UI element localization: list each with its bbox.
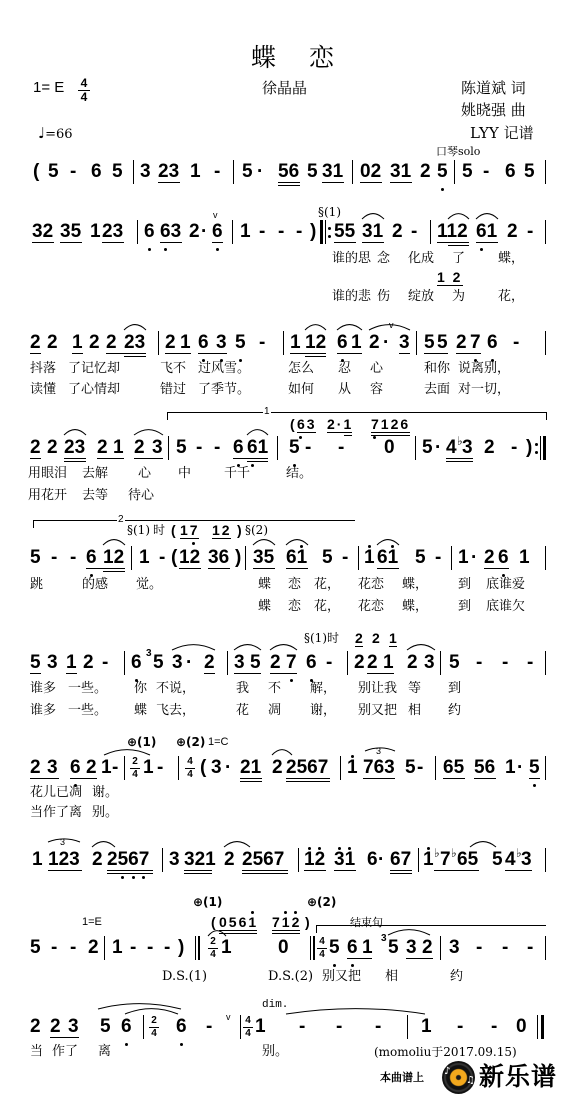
dash-extension: - <box>527 652 533 674</box>
lyric-syllables: 一些。 <box>68 703 107 719</box>
beam-underline <box>106 353 146 354</box>
beam-underline <box>371 435 410 436</box>
parenthesis: ( <box>33 161 39 183</box>
dash-extension: - <box>375 1016 381 1038</box>
beam-underline <box>446 458 473 459</box>
octave-dot-above <box>368 545 371 548</box>
breath-mark: v <box>389 320 394 330</box>
lyric-syllables: 别。 <box>92 805 118 821</box>
slur-arc <box>337 323 362 332</box>
beam-underline <box>204 673 215 674</box>
note: 1 <box>347 757 358 779</box>
beam-underline <box>107 873 153 874</box>
beam-underline <box>219 930 257 931</box>
lyric-syllables: 花恋 <box>358 577 384 593</box>
note: 1 <box>383 652 394 674</box>
bar-line <box>545 331 546 355</box>
composer-credit: 姚晓强 曲 <box>461 101 526 119</box>
note: 12 <box>305 332 326 354</box>
dash-extension: - <box>502 937 508 959</box>
note: 23 <box>102 221 123 243</box>
flat-sign: ♭ <box>451 846 457 860</box>
note: 5 <box>176 437 187 459</box>
bar-line <box>298 848 299 872</box>
time-signature-bottom: 4 <box>317 950 327 960</box>
note: 1 <box>255 1016 266 1038</box>
note: 6 <box>233 437 244 459</box>
time-signature-bottom: 4 <box>185 770 195 780</box>
note: 32 <box>32 221 53 243</box>
lyric-syllables: 凋 <box>268 703 281 719</box>
lyric-syllables: 花儿已凋 <box>30 785 82 801</box>
octave-dot-below <box>441 188 444 191</box>
bar-line <box>418 848 419 872</box>
bar-line <box>451 546 452 570</box>
note: 3 <box>47 757 58 779</box>
double-bar-line <box>313 936 315 960</box>
time-signature: 44 <box>185 757 195 780</box>
lyric-syllables: 中 <box>178 466 191 482</box>
beam-underline <box>97 458 124 459</box>
octave-dot-below <box>299 436 302 439</box>
lyric-syllables: 蝶， <box>498 251 524 267</box>
time-signature: 24 <box>208 937 218 960</box>
octave-dot-above <box>308 847 311 850</box>
note: 6 <box>306 652 317 674</box>
note: 5 <box>388 937 399 959</box>
repeat-end-bar <box>540 436 541 460</box>
lyric-syllables: 飞不 <box>160 361 186 377</box>
beam-underline <box>297 432 316 433</box>
lyric-syllables: 花， <box>314 599 340 615</box>
lyric-syllables: 用花开 <box>28 488 67 504</box>
lyric-syllables: 跳 <box>30 577 43 593</box>
small-note: 1 <box>389 630 399 646</box>
lyric-syllables: 蝶 <box>134 703 147 719</box>
dash-extension: - <box>296 221 302 243</box>
note: 6 <box>367 849 378 871</box>
note: 1 <box>190 161 201 183</box>
slur-arc <box>362 212 384 221</box>
beam-underline <box>64 461 86 462</box>
bar-line <box>162 848 163 872</box>
bar-line <box>133 160 134 184</box>
final-bar-line <box>537 1015 538 1039</box>
note: 5 <box>307 161 318 183</box>
octave-dot-above <box>284 911 287 914</box>
note: 2 <box>189 221 200 243</box>
lyric-syllables: 花恋 <box>358 599 384 615</box>
beam-underline <box>424 353 448 354</box>
lyric-syllables: 恋 <box>288 577 301 593</box>
dash-extension: - <box>476 652 482 674</box>
note: 31 <box>390 161 411 183</box>
lyric-syllables: 蝶 <box>258 577 271 593</box>
coda-mark: ⊕(2) <box>307 895 336 909</box>
note: 5 <box>30 937 41 959</box>
octave-dot-below <box>310 679 313 682</box>
note: 2 <box>422 937 433 959</box>
bar-line <box>143 1015 144 1039</box>
note: 6 <box>487 332 498 354</box>
lyric-syllables: D.S.(2) <box>268 969 313 985</box>
note: 1 <box>458 547 469 569</box>
note: 2567 <box>286 757 328 779</box>
beam-underline <box>66 673 77 674</box>
beam-underline <box>134 458 163 459</box>
beam-underline <box>234 673 261 674</box>
time-signature-top: 4 <box>81 76 88 90</box>
dash-extension: - <box>435 547 441 569</box>
note: 63 <box>160 221 181 243</box>
dash-extension: - <box>336 1016 342 1038</box>
parenthesis: ) <box>178 937 184 959</box>
time-signature: 24 <box>149 1016 159 1039</box>
lyric-syllables: 作了 <box>52 1044 78 1060</box>
lyric-syllables: 谁多 <box>30 703 56 719</box>
lyric-syllables: 约 <box>450 969 463 985</box>
augmentation-dot: · <box>201 221 207 243</box>
beam-underline <box>158 182 180 183</box>
lyric-syllables: 到 <box>448 681 461 697</box>
sheet-music-page: 蝶 恋 1= E 4 4 徐晶晶 陈道斌 词 姚晓强 曲 ♩=66 LYY 记谱… <box>0 0 572 1097</box>
lyric-syllables: 抖落 <box>30 361 56 377</box>
note: 2 <box>97 437 108 459</box>
octave-dot-below <box>148 248 151 251</box>
note: 7 <box>440 849 451 871</box>
note: 2 <box>204 652 215 674</box>
lyric-syllables: 化成 <box>408 251 434 267</box>
octave-dot-below <box>502 574 505 577</box>
dynamic-marking: dim. <box>262 998 288 1012</box>
note: 2 <box>89 332 100 354</box>
lyric-syllables: 心 <box>370 361 383 377</box>
note: 2 <box>47 437 58 459</box>
lyric-syllables: 错过 <box>160 382 186 398</box>
dash-extension: - <box>157 757 163 779</box>
note: 123 <box>48 849 80 871</box>
note: 2 <box>484 547 495 569</box>
beam-underline <box>198 353 227 354</box>
note: 2 <box>30 757 41 779</box>
time-signature-bottom: 4 <box>130 770 140 780</box>
segno-mark: §(1) <box>318 205 341 219</box>
dash-extension: - <box>527 937 533 959</box>
dash-extension: - <box>214 437 220 459</box>
beam-underline <box>242 870 288 871</box>
dash-extension: - <box>164 937 170 959</box>
time-signature-bottom: 4 <box>208 950 218 960</box>
volta-number: 2 <box>117 514 125 526</box>
note: 65 <box>457 849 478 871</box>
note: 321 <box>184 849 216 871</box>
beam-underline <box>437 242 469 243</box>
breath-mark: v <box>213 210 218 220</box>
note: 6 <box>86 547 97 569</box>
bar-line <box>416 331 417 355</box>
note: 5 <box>329 937 340 959</box>
small-note: 2 <box>355 630 365 646</box>
octave-dot-above <box>348 847 351 850</box>
small-note: 2·1 <box>327 416 353 432</box>
dash-extension: - <box>102 652 108 674</box>
note: 3 <box>521 849 532 871</box>
lyric-syllables: 蝶， <box>402 577 428 593</box>
note: 1 <box>505 757 516 779</box>
note: 61 <box>247 437 268 459</box>
note: 0 <box>384 437 395 459</box>
lyric-syllables: 和你 <box>424 361 450 377</box>
beam-underline <box>272 933 300 934</box>
bar-line <box>545 651 546 675</box>
octave-dot-below <box>341 359 344 362</box>
note: 0 <box>516 1016 527 1038</box>
note: 31 <box>334 849 355 871</box>
bar-line <box>245 546 246 570</box>
beam-underline <box>32 242 54 243</box>
beam-underline <box>443 778 465 779</box>
beam-underline <box>360 182 382 183</box>
note: 1 <box>101 757 112 779</box>
note: 2 <box>354 652 365 674</box>
dash-extension: - <box>112 757 118 779</box>
note: 1 <box>143 757 154 779</box>
note: 6 <box>91 161 102 183</box>
bar-line <box>168 436 169 460</box>
double-bar-line <box>198 936 200 960</box>
note: 23 <box>158 161 179 183</box>
note: 2 <box>88 937 99 959</box>
bar-line <box>430 220 431 244</box>
small-note: 0561 <box>219 914 258 930</box>
bar-line <box>277 436 278 460</box>
note: 31 <box>362 221 383 243</box>
beam-underline <box>305 356 326 357</box>
note: 5 <box>437 161 448 183</box>
lyric-syllables: 伤 <box>377 289 390 305</box>
beam-underline <box>240 781 262 782</box>
augmentation-dot: · <box>378 849 384 871</box>
note: 1 <box>240 221 251 243</box>
beam-underline <box>50 1037 79 1038</box>
note: 5 <box>289 437 300 459</box>
beam-underline <box>474 778 496 779</box>
dash-extension: - <box>278 221 284 243</box>
note: 5 <box>322 547 333 569</box>
lyric-syllables: 底谁欠 <box>486 599 525 615</box>
coda-mark: ⊕(1) <box>193 895 222 909</box>
slur-arc <box>286 538 308 547</box>
lyric-syllables: 谁多 <box>30 681 56 697</box>
octave-dot-below <box>491 359 494 362</box>
lyric-syllables: 谢。 <box>92 785 118 801</box>
note: 763 <box>363 757 395 779</box>
augmentation-dot: · <box>225 757 231 779</box>
dash-extension: - <box>299 1016 305 1038</box>
note: 1 <box>113 437 124 459</box>
note: 0 <box>278 937 289 959</box>
octave-dot-below <box>121 876 124 879</box>
parenthesis: ( <box>171 547 177 569</box>
final-bar-line <box>541 1015 544 1039</box>
bar-line <box>358 546 359 570</box>
dash-extension: - <box>457 1016 463 1038</box>
note: 2 <box>92 849 103 871</box>
note: 2567 <box>107 849 149 871</box>
note: 6 <box>505 161 516 183</box>
bar-line <box>352 160 353 184</box>
key-change: 1=C <box>208 735 229 749</box>
dash-extension: - <box>70 547 76 569</box>
note: 4 <box>505 849 516 871</box>
small-note: 712 <box>272 914 301 930</box>
time-signature-bottom: 4 <box>149 1029 159 1039</box>
dash-extension: - <box>70 161 76 183</box>
ending-phrase-bracket: 结束句 <box>316 925 546 933</box>
bar-line <box>124 756 125 780</box>
lyric-syllables: 花 <box>236 703 249 719</box>
note: 6 <box>70 757 81 779</box>
lyric-syllables: 约 <box>448 703 461 719</box>
beam-underline <box>212 242 223 243</box>
beam-underline <box>406 958 433 959</box>
note: 5 <box>48 161 59 183</box>
note: 31 <box>322 161 343 183</box>
time-signature-top: 4 <box>317 937 327 947</box>
note: 5 <box>437 332 448 354</box>
note: 5 <box>422 437 433 459</box>
note: 3 <box>140 161 151 183</box>
octave-dot-above <box>351 755 354 758</box>
lyric-syllables: 结。 <box>286 466 312 482</box>
octave-dot-below <box>293 464 296 467</box>
note: 3 <box>68 1016 79 1038</box>
note: 3 <box>216 332 227 354</box>
beam-underline <box>367 673 394 674</box>
lyric-syllables: 别。 <box>262 1044 288 1060</box>
octave-dot-above <box>318 847 321 850</box>
lyric-syllables: 谢， <box>310 703 336 719</box>
bar-line <box>158 331 159 355</box>
beam-underline <box>253 568 275 569</box>
time-signature-bottom: 4 <box>243 1029 253 1039</box>
lyric-syllables: 忍 <box>338 361 351 377</box>
site-logo-name: 新乐谱 <box>479 1062 557 1092</box>
small-note: 17 <box>180 522 200 538</box>
logo-prefix: 本曲谱上 <box>380 1071 424 1085</box>
note: 3 <box>172 652 183 674</box>
note: 1 <box>362 937 373 959</box>
bar-line <box>347 651 348 675</box>
segno-mark: §(1) <box>127 523 150 537</box>
dash-extension: - <box>51 547 57 569</box>
slur-arc <box>134 428 163 437</box>
note: 2 <box>420 161 431 183</box>
note: 2567 <box>242 849 284 871</box>
note: 23 <box>64 437 85 459</box>
repeat-dot <box>328 235 331 238</box>
note: 61 <box>476 221 497 243</box>
octave-dot-below <box>351 964 354 967</box>
note: 1 <box>364 547 375 569</box>
repeat-dot <box>535 443 538 446</box>
octave-dot-above <box>427 847 430 850</box>
beam-underline <box>286 568 308 569</box>
bar-line <box>233 160 234 184</box>
dash-extension: - <box>305 437 311 459</box>
bar-line <box>283 331 284 355</box>
note: 1 <box>290 332 301 354</box>
note: 1 <box>32 849 43 871</box>
note: 55 <box>334 221 355 243</box>
lyric-syllables: 的感 <box>82 577 108 593</box>
dash-extension: - <box>513 332 519 354</box>
dash-extension: - <box>511 437 517 459</box>
note: 5 <box>235 332 246 354</box>
small-note: 7126 <box>371 416 410 432</box>
parenthesis: ( <box>200 757 206 779</box>
note: 3 <box>211 757 222 779</box>
beam-underline <box>484 568 509 569</box>
note: 1 <box>351 332 362 354</box>
beam-underline <box>355 646 363 647</box>
beam-underline <box>212 538 231 539</box>
note: 2 <box>507 221 518 243</box>
note: 1 <box>90 221 101 243</box>
bar-line <box>415 436 416 460</box>
note: 6 <box>198 332 209 354</box>
lyric-syllables: 我 <box>236 681 249 697</box>
note: 5 <box>405 757 416 779</box>
lyric-syllables: 不 <box>268 681 281 697</box>
ending-phrase-label: 结束句 <box>350 916 383 930</box>
note: 5 <box>112 161 123 183</box>
beam-underline <box>64 458 86 459</box>
bar-line <box>454 160 455 184</box>
note: 5 <box>30 652 41 674</box>
dash-extension: - <box>51 937 57 959</box>
octave-dot-below <box>533 784 536 787</box>
note: 7 <box>286 652 297 674</box>
note: 35 <box>253 547 274 569</box>
bar-line <box>240 1015 241 1039</box>
tempo-marking: ♩=66 <box>38 124 73 144</box>
octave-dot-above <box>294 911 297 914</box>
bar-line <box>440 936 441 960</box>
performance-note: 口琴solo <box>436 145 480 159</box>
note: 2 <box>369 332 380 354</box>
bar-line <box>545 220 546 244</box>
beam-underline <box>290 353 326 354</box>
double-bar-line <box>310 936 311 960</box>
augmentation-dot: · <box>471 547 477 569</box>
beam-underline <box>362 242 384 243</box>
note: 61 <box>377 547 398 569</box>
lyric-syllables: 别又把 <box>358 703 397 719</box>
time-signature-top: 2 <box>130 757 140 767</box>
lyric-syllables: 到 <box>458 577 471 593</box>
note: 3 <box>406 937 417 959</box>
lyric-syllables: 飞去， <box>156 703 195 719</box>
slur-arc <box>286 1007 425 1016</box>
bar-line <box>407 1015 408 1039</box>
note: 12 <box>103 547 124 569</box>
lyric-syllables: 待心 <box>128 488 154 504</box>
lyric-syllables: 过风雪。 <box>198 361 250 377</box>
note: 2 <box>30 437 41 459</box>
coda-mark: ⊕(2) <box>176 735 205 749</box>
note: 3 <box>47 652 58 674</box>
